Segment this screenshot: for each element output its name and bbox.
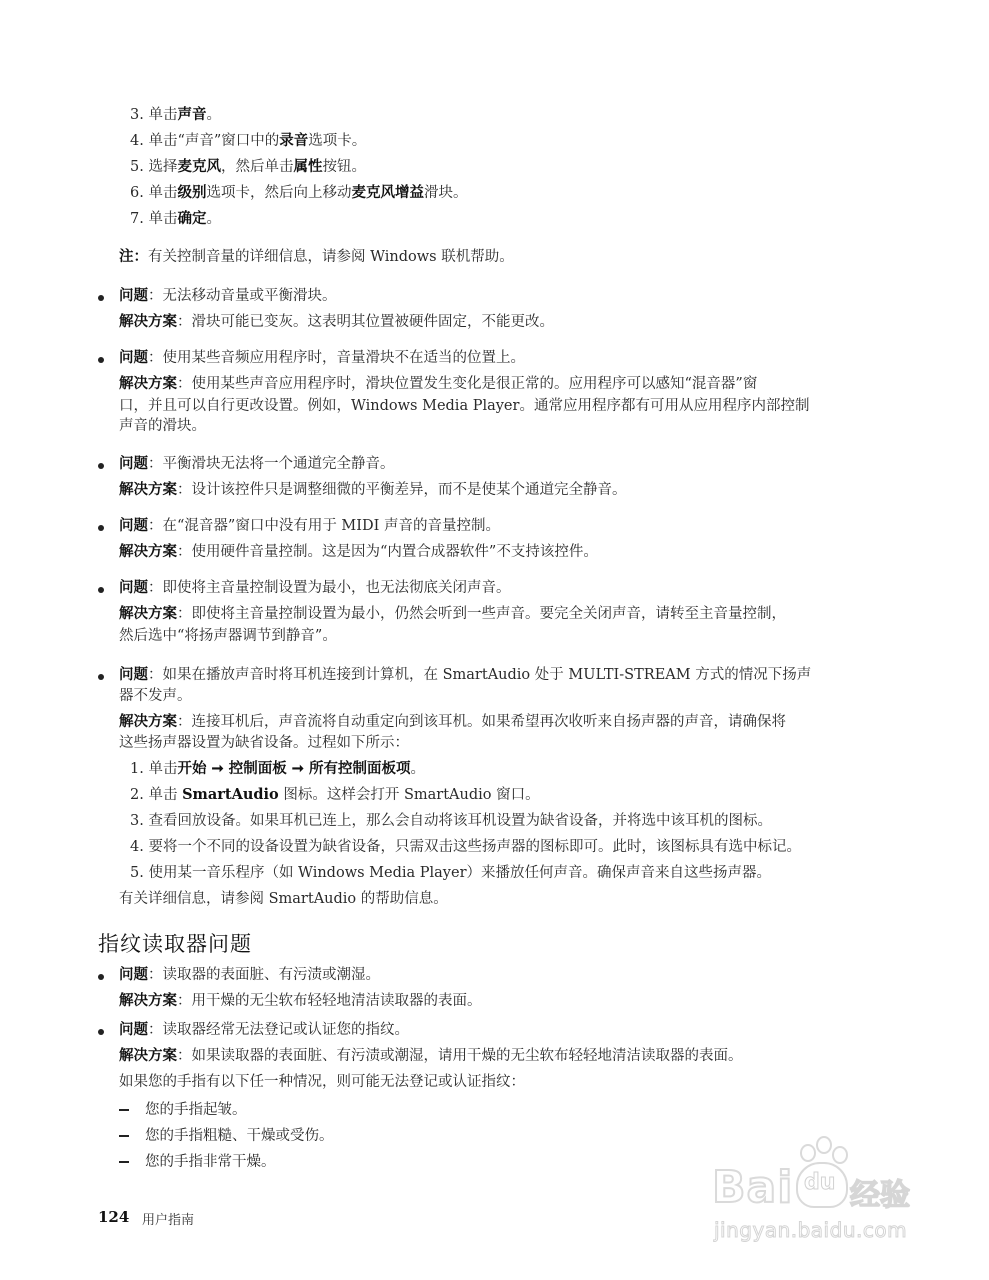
solution-text: 如果读取器的表面脏、有污渍或潮湿，请用干燥的无尘软布轻轻地清洁读取器的表面。: [192, 1048, 743, 1064]
problem-2: 问题：使用某些音频应用程序时，音量滑块不在适当的位置上。: [119, 348, 525, 368]
problem-4: 问题：在“混音器”窗口中没有用于 MIDI 声音的音量控制。: [119, 516, 500, 536]
colon: ：: [148, 456, 163, 472]
solution-4: 解决方案：使用硬件音量控制。这是因为“内置合成器软件”不支持该控件。: [119, 542, 598, 562]
paw-icon: [816, 1136, 832, 1154]
colon: ：: [148, 967, 163, 983]
bullet-icon: [98, 525, 104, 531]
smartaudio-step-4: 4. 要将一个不同的设备设置为缺省设备，只需双击这些扬声器的图标即可。此时，该图…: [130, 837, 801, 857]
paw-icon: [800, 1144, 816, 1162]
ui-term: 级别: [177, 184, 206, 201]
colon: ：: [177, 314, 192, 330]
solution-label: 解决方案: [119, 543, 177, 560]
bullet-icon: [98, 674, 104, 680]
problem-text: 读取器经常无法登记或认证您的指纹。: [163, 1022, 410, 1038]
condition-item: 您的手指非常干燥。: [119, 1152, 276, 1172]
bullet-icon: [98, 463, 104, 469]
problem-text: 读取器的表面脏、有污渍或潮湿。: [163, 967, 381, 983]
problem-label: 问题: [119, 455, 148, 472]
step-text: 单击: [148, 211, 177, 227]
colon: ：: [177, 606, 192, 622]
fp-problem-1: 问题：读取器的表面脏、有污渍或潮湿。: [119, 965, 380, 985]
watermark-du: du: [804, 1170, 835, 1195]
baidu-watermark: Bai du 经验 jingyan.baidu.com: [700, 1140, 940, 1250]
step-number: 7.: [130, 211, 144, 227]
condition-text: 您的手指粗糙、干燥或受伤。: [145, 1128, 334, 1144]
bullet-icon: [98, 357, 104, 363]
solution-label: 解决方案: [119, 713, 177, 730]
condition-text: 您的手指非常干燥。: [145, 1154, 276, 1170]
problem-3: 问题：平衡滑块无法将一个通道完全静音。: [119, 454, 395, 474]
step-text: 图标。这样会打开 SmartAudio 窗口。: [279, 787, 540, 803]
smartaudio-step-1: 1. 单击开始 ➞ 控制面板 ➞ 所有控制面板项。: [130, 759, 425, 779]
solution-text: 用干燥的无尘软布轻轻地清洁读取器的表面。: [192, 993, 482, 1009]
paw-icon: [832, 1146, 848, 1164]
note-label: 注：: [119, 248, 148, 265]
smartaudio-more-info: 有关详细信息，请参阅 SmartAudio 的帮助信息。: [119, 889, 448, 909]
step-text: 单击: [148, 761, 177, 777]
problem-label: 问题: [119, 287, 148, 304]
step-text: 单击“声音”窗口中的: [148, 133, 279, 149]
dash-icon: [119, 1109, 129, 1111]
condition-text: 您的手指起皱。: [145, 1102, 247, 1118]
ui-term: 麦克风增益: [351, 184, 424, 201]
step-text: 单击: [148, 107, 177, 123]
note-text: 有关控制音量的详细信息，请参阅 Windows 联机帮助。: [148, 249, 514, 265]
step-text: ，然后单击: [221, 159, 294, 175]
solution-6: 解决方案：连接耳机后，声音流将自动重定向到该耳机。如果希望再次收听来自扬声器的声…: [119, 712, 786, 732]
colon: ：: [177, 376, 192, 392]
solution-text: 即使将主音量控制设置为最小，仍然会听到一些声音。要完全关闭声音，请转至主音量控制…: [192, 606, 787, 622]
watermark-cn: 经验: [850, 1170, 910, 1214]
colon: ：: [177, 482, 192, 498]
step-5: 5. 选择麦克风，然后单击属性按钮。: [130, 157, 366, 177]
fp-solution-1: 解决方案：用干燥的无尘软布轻轻地清洁读取器的表面。: [119, 991, 482, 1011]
solution-1: 解决方案：滑块可能已变灰。这表明其位置被硬件固定，不能更改。: [119, 312, 554, 332]
solution-text: 设计该控件只是调整细微的平衡差异，而不是使某个通道完全静音。: [192, 482, 627, 498]
smartaudio-step-3: 3. 查看回放设备。如果耳机已连上，那么会自动将该耳机设置为缺省设备，并将选中该…: [130, 811, 772, 831]
solution-text: 连接耳机后，声音流将自动重定向到该耳机。如果希望再次收听来自扬声器的声音，请确保…: [192, 714, 787, 730]
problem-text: 平衡滑块无法将一个通道完全静音。: [163, 456, 395, 472]
problem-label: 问题: [119, 349, 148, 366]
colon: ：: [148, 518, 163, 534]
solution-text: 这些扬声器设置为缺省设备。过程如下所示：: [119, 733, 409, 753]
step-text: 单击: [148, 185, 177, 201]
solution-text: 使用硬件音量控制。这是因为“内置合成器软件”不支持该控件。: [192, 544, 598, 560]
step-7: 7. 单击确定。: [130, 209, 221, 229]
step-4: 4. 单击“声音”窗口中的录音选项卡。: [130, 131, 366, 151]
solution-text: 口，并且可以自行更改设置。例如，Windows Media Player。通常应…: [119, 396, 809, 416]
step-text: 选项卡，然后向上移动: [206, 185, 351, 201]
colon: ：: [177, 993, 192, 1009]
solution-label: 解决方案: [119, 1047, 177, 1064]
page-number: 124: [98, 1208, 129, 1226]
problem-label: 问题: [119, 1021, 148, 1038]
ui-term: 录音: [279, 132, 308, 149]
step-number: 3.: [130, 813, 144, 829]
ui-term: SmartAudio: [182, 786, 279, 803]
step-text: 滑块。: [424, 185, 468, 201]
problem-label: 问题: [119, 666, 148, 683]
watermark-url: jingyan.baidu.com: [714, 1218, 907, 1242]
step-number: 2.: [130, 787, 144, 803]
solution-label: 解决方案: [119, 992, 177, 1009]
problem-text: 无法移动音量或平衡滑块。: [163, 288, 337, 304]
fp-solution-2: 解决方案：如果读取器的表面脏、有污渍或潮湿，请用干燥的无尘软布轻轻地清洁读取器的…: [119, 1046, 743, 1066]
solution-text: 使用某些声音应用程序时，滑块位置发生变化是很正常的。应用程序可以感知“混音器”窗: [192, 376, 758, 392]
footer-title: 用户指南: [142, 1209, 194, 1228]
colon: ：: [148, 580, 163, 596]
fp-problem-2: 问题：读取器经常无法登记或认证您的指纹。: [119, 1020, 409, 1040]
problem-1: 问题：无法移动音量或平衡滑块。: [119, 286, 337, 306]
colon: ：: [177, 1048, 192, 1064]
smartaudio-step-5: 5. 使用某一音乐程序（如 Windows Media Player）来播放任何…: [130, 863, 771, 883]
ui-term: 声音: [177, 106, 206, 123]
ui-term: 属性: [293, 158, 322, 175]
colon: ：: [148, 1022, 163, 1038]
ui-term: 麦克风: [177, 158, 221, 175]
problem-text: 即使将主音量控制设置为最小，也无法彻底关闭声音。: [163, 580, 511, 596]
step-3: 3. 单击声音。: [130, 105, 221, 125]
bullet-icon: [98, 587, 104, 593]
solution-text: 滑块可能已变灰。这表明其位置被硬件固定，不能更改。: [192, 314, 555, 330]
dash-icon: [119, 1135, 129, 1137]
solution-2: 解决方案：使用某些声音应用程序时，滑块位置发生变化是很正常的。应用程序可以感知“…: [119, 374, 757, 394]
step-text: 单击: [148, 787, 182, 803]
step-text: 按钮。: [322, 159, 366, 175]
step-number: 5.: [130, 865, 144, 881]
ui-path: 开始 ➞ 控制面板 ➞ 所有控制面板项: [177, 760, 410, 777]
watermark-brand: Bai: [712, 1162, 793, 1213]
colon: ：: [177, 544, 192, 560]
problem-label: 问题: [119, 517, 148, 534]
section-heading: 指纹读取器问题: [98, 928, 252, 958]
step-text: 。: [410, 761, 425, 777]
step-number: 4.: [130, 839, 144, 855]
colon: ：: [177, 714, 192, 730]
problem-label: 问题: [119, 579, 148, 596]
solution-3: 解决方案：设计该控件只是调整细微的平衡差异，而不是使某个通道完全静音。: [119, 480, 627, 500]
solution-text: 声音的滑块。: [119, 416, 206, 436]
step-number: 3.: [130, 107, 144, 123]
step-6: 6. 单击级别选项卡，然后向上移动麦克风增益滑块。: [130, 183, 467, 203]
ui-term: 确定: [177, 210, 206, 227]
condition-item: 您的手指起皱。: [119, 1100, 247, 1120]
step-text: 选项卡。: [308, 133, 366, 149]
step-text: 要将一个不同的设备设置为缺省设备，只需双击这些扬声器的图标即可。此时，该图标具有…: [148, 839, 801, 855]
problem-text: 在“混音器”窗口中没有用于 MIDI 声音的音量控制。: [163, 518, 500, 534]
smartaudio-step-2: 2. 单击 SmartAudio 图标。这样会打开 SmartAudio 窗口。: [130, 785, 540, 805]
step-number: 5.: [130, 159, 144, 175]
step-number: 6.: [130, 185, 144, 201]
step-text: 查看回放设备。如果耳机已连上，那么会自动将该耳机设置为缺省设备，并将选中该耳机的…: [148, 813, 772, 829]
colon: ：: [148, 667, 163, 683]
problem-text: 使用某些音频应用程序时，音量滑块不在适当的位置上。: [163, 350, 526, 366]
step-text: 使用某一音乐程序（如 Windows Media Player）来播放任何声音。…: [148, 865, 771, 881]
step-text: 。: [206, 107, 221, 123]
problem-text: 器不发声。: [119, 686, 192, 706]
step-text: 选择: [148, 159, 177, 175]
solution-text: 然后选中“将扬声器调节到静音”。: [119, 626, 337, 646]
dash-icon: [119, 1161, 129, 1163]
problem-label: 问题: [119, 966, 148, 983]
condition-item: 您的手指粗糙、干燥或受伤。: [119, 1126, 334, 1146]
bullet-icon: [98, 295, 104, 301]
solution-label: 解决方案: [119, 375, 177, 392]
solution-label: 解决方案: [119, 481, 177, 498]
problem-text: 如果在播放声音时将耳机连接到计算机，在 SmartAudio 处于 MULTI-…: [163, 667, 812, 683]
step-number: 1.: [130, 761, 144, 777]
note: 注：有关控制音量的详细信息，请参阅 Windows 联机帮助。: [119, 247, 514, 267]
solution-label: 解决方案: [119, 313, 177, 330]
bullet-icon: [98, 1029, 104, 1035]
solution-label: 解决方案: [119, 605, 177, 622]
problem-6: 问题：如果在播放声音时将耳机连接到计算机，在 SmartAudio 处于 MUL…: [119, 665, 811, 685]
step-number: 4.: [130, 133, 144, 149]
conditions-intro: 如果您的手指有以下任一种情况，则可能无法登记或认证指纹：: [119, 1072, 525, 1092]
step-text: 。: [206, 211, 221, 227]
solution-5: 解决方案：即使将主音量控制设置为最小，仍然会听到一些声音。要完全关闭声音，请转至…: [119, 604, 786, 624]
colon: ：: [148, 288, 163, 304]
colon: ：: [148, 350, 163, 366]
bullet-icon: [98, 974, 104, 980]
problem-5: 问题：即使将主音量控制设置为最小，也无法彻底关闭声音。: [119, 578, 511, 598]
